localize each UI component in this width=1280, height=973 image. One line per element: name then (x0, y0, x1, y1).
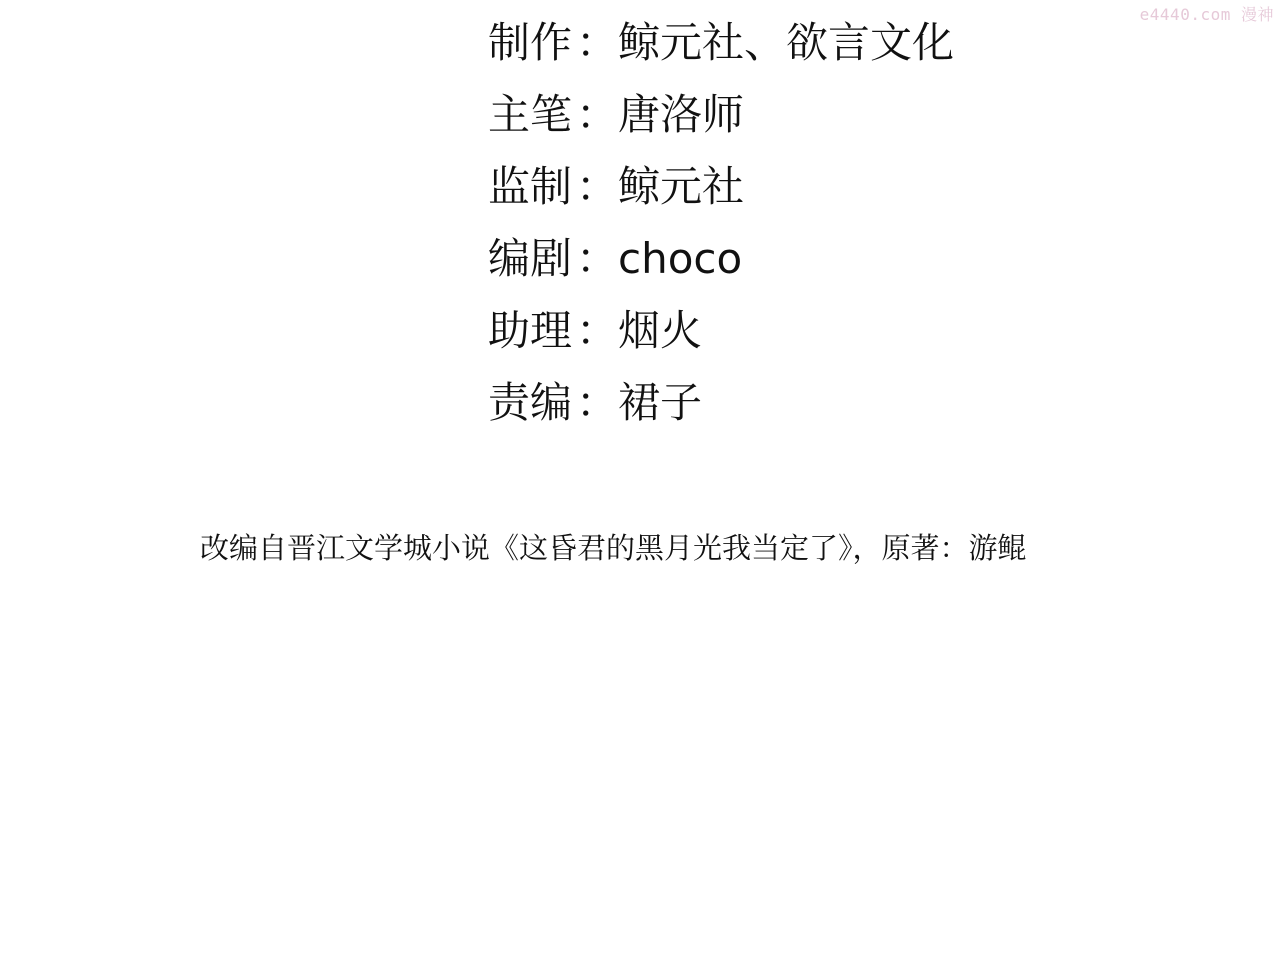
credit-name: 鲸元社 (618, 158, 744, 216)
source-attribution: 改编自晋江文学城小说《这昏君的黑月光我当定了》，原著：游鲲 (200, 528, 1027, 568)
credit-role: 制作 (488, 14, 576, 72)
credit-role: 助理 (488, 302, 576, 360)
credit-role: 责编 (488, 374, 576, 432)
credit-name: 唐洛师 (618, 86, 744, 144)
credit-row-editor: 责编：裙子 (488, 374, 954, 446)
credit-row-lead-artist: 主笔：唐洛师 (488, 86, 954, 158)
credit-name: choco (618, 230, 742, 288)
credit-role: 监制 (488, 158, 576, 216)
credit-colon: ： (576, 86, 618, 144)
credit-row-assistant: 助理：烟火 (488, 302, 954, 374)
credit-colon: ： (576, 14, 618, 72)
credit-role: 主笔 (488, 86, 576, 144)
credit-colon: ： (576, 158, 618, 216)
site-watermark: e4440.com 漫神 (1140, 2, 1274, 25)
credits-list: 制作：鲸元社、欲言文化 主笔：唐洛师 监制：鲸元社 编剧：choco 助理：烟火… (488, 14, 954, 446)
credit-row-screenwriter: 编剧：choco (488, 230, 954, 302)
credit-name: 鲸元社、欲言文化 (618, 14, 954, 72)
credit-colon: ： (576, 302, 618, 360)
credit-name: 烟火 (618, 302, 702, 360)
credit-row-production: 制作：鲸元社、欲言文化 (488, 14, 954, 86)
credit-role: 编剧 (488, 230, 576, 288)
credit-row-supervisor: 监制：鲸元社 (488, 158, 954, 230)
credit-colon: ： (576, 374, 618, 432)
credit-colon: ： (576, 230, 618, 288)
credit-name: 裙子 (618, 374, 702, 432)
